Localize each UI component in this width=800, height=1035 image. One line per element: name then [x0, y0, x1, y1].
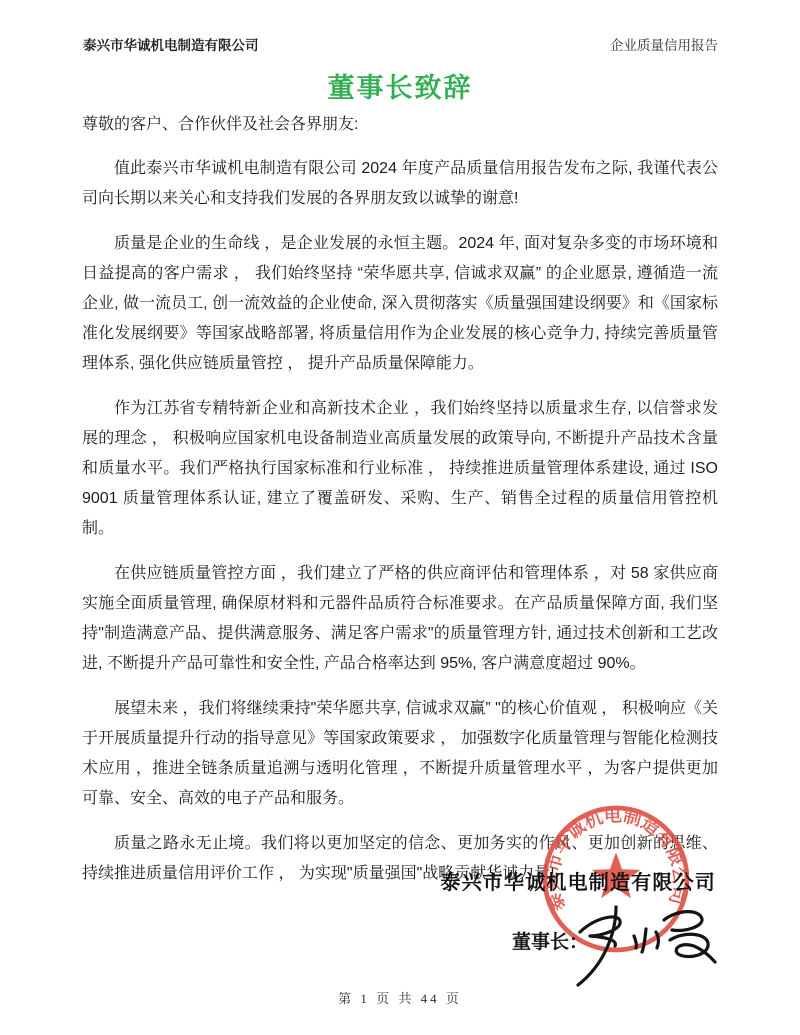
- salutation: 尊敬的客户、合作伙伴及社会各界朋友:: [82, 110, 718, 140]
- page-title: 董事长致辞: [0, 66, 800, 105]
- page-header: 泰兴市华诚机电制造有限公司 企业质量信用报告: [83, 34, 718, 54]
- report-page: 泰兴市华诚机电制造有限公司 企业质量信用报告 董事长致辞 尊敬的客户、合作伙伴及…: [0, 0, 800, 1035]
- letter-body: 尊敬的客户、合作伙伴及社会各界朋友: 值此泰兴市华诚机电制造有限公司 2024 …: [82, 110, 718, 904]
- header-report-title: 企业质量信用报告: [610, 34, 718, 54]
- paragraph: 值此泰兴市华诚机电制造有限公司 2024 年度产品质量信用报告发布之际, 我谨代…: [82, 154, 718, 214]
- header-company-name: 泰兴市华诚机电制造有限公司: [83, 34, 259, 54]
- page-number: 第 1 页 共 44 页: [0, 988, 800, 1007]
- paragraph: 作为江苏省专精特新企业和高新技术企业 ，我们始终坚持以质量求生存, 以信誉求发展…: [82, 394, 718, 544]
- paragraph: 在供应链质量管控方面 ，我们建立了严格的供应商评估和管理体系 ，对 58 家供应…: [82, 559, 718, 679]
- handwritten-signature-icon: [560, 892, 720, 988]
- paragraph: 展望未来 ，我们将继续秉持"荣华愿共享, 信诚求双赢” "的核心价值观 ， 积极…: [82, 694, 718, 814]
- signature-company-name: 泰兴市华诚机电制造有限公司: [440, 866, 716, 895]
- paragraph: 质量是企业的生命线 ，是企业发展的永恒主题。2024 年, 面对复杂多变的市场环…: [82, 229, 718, 379]
